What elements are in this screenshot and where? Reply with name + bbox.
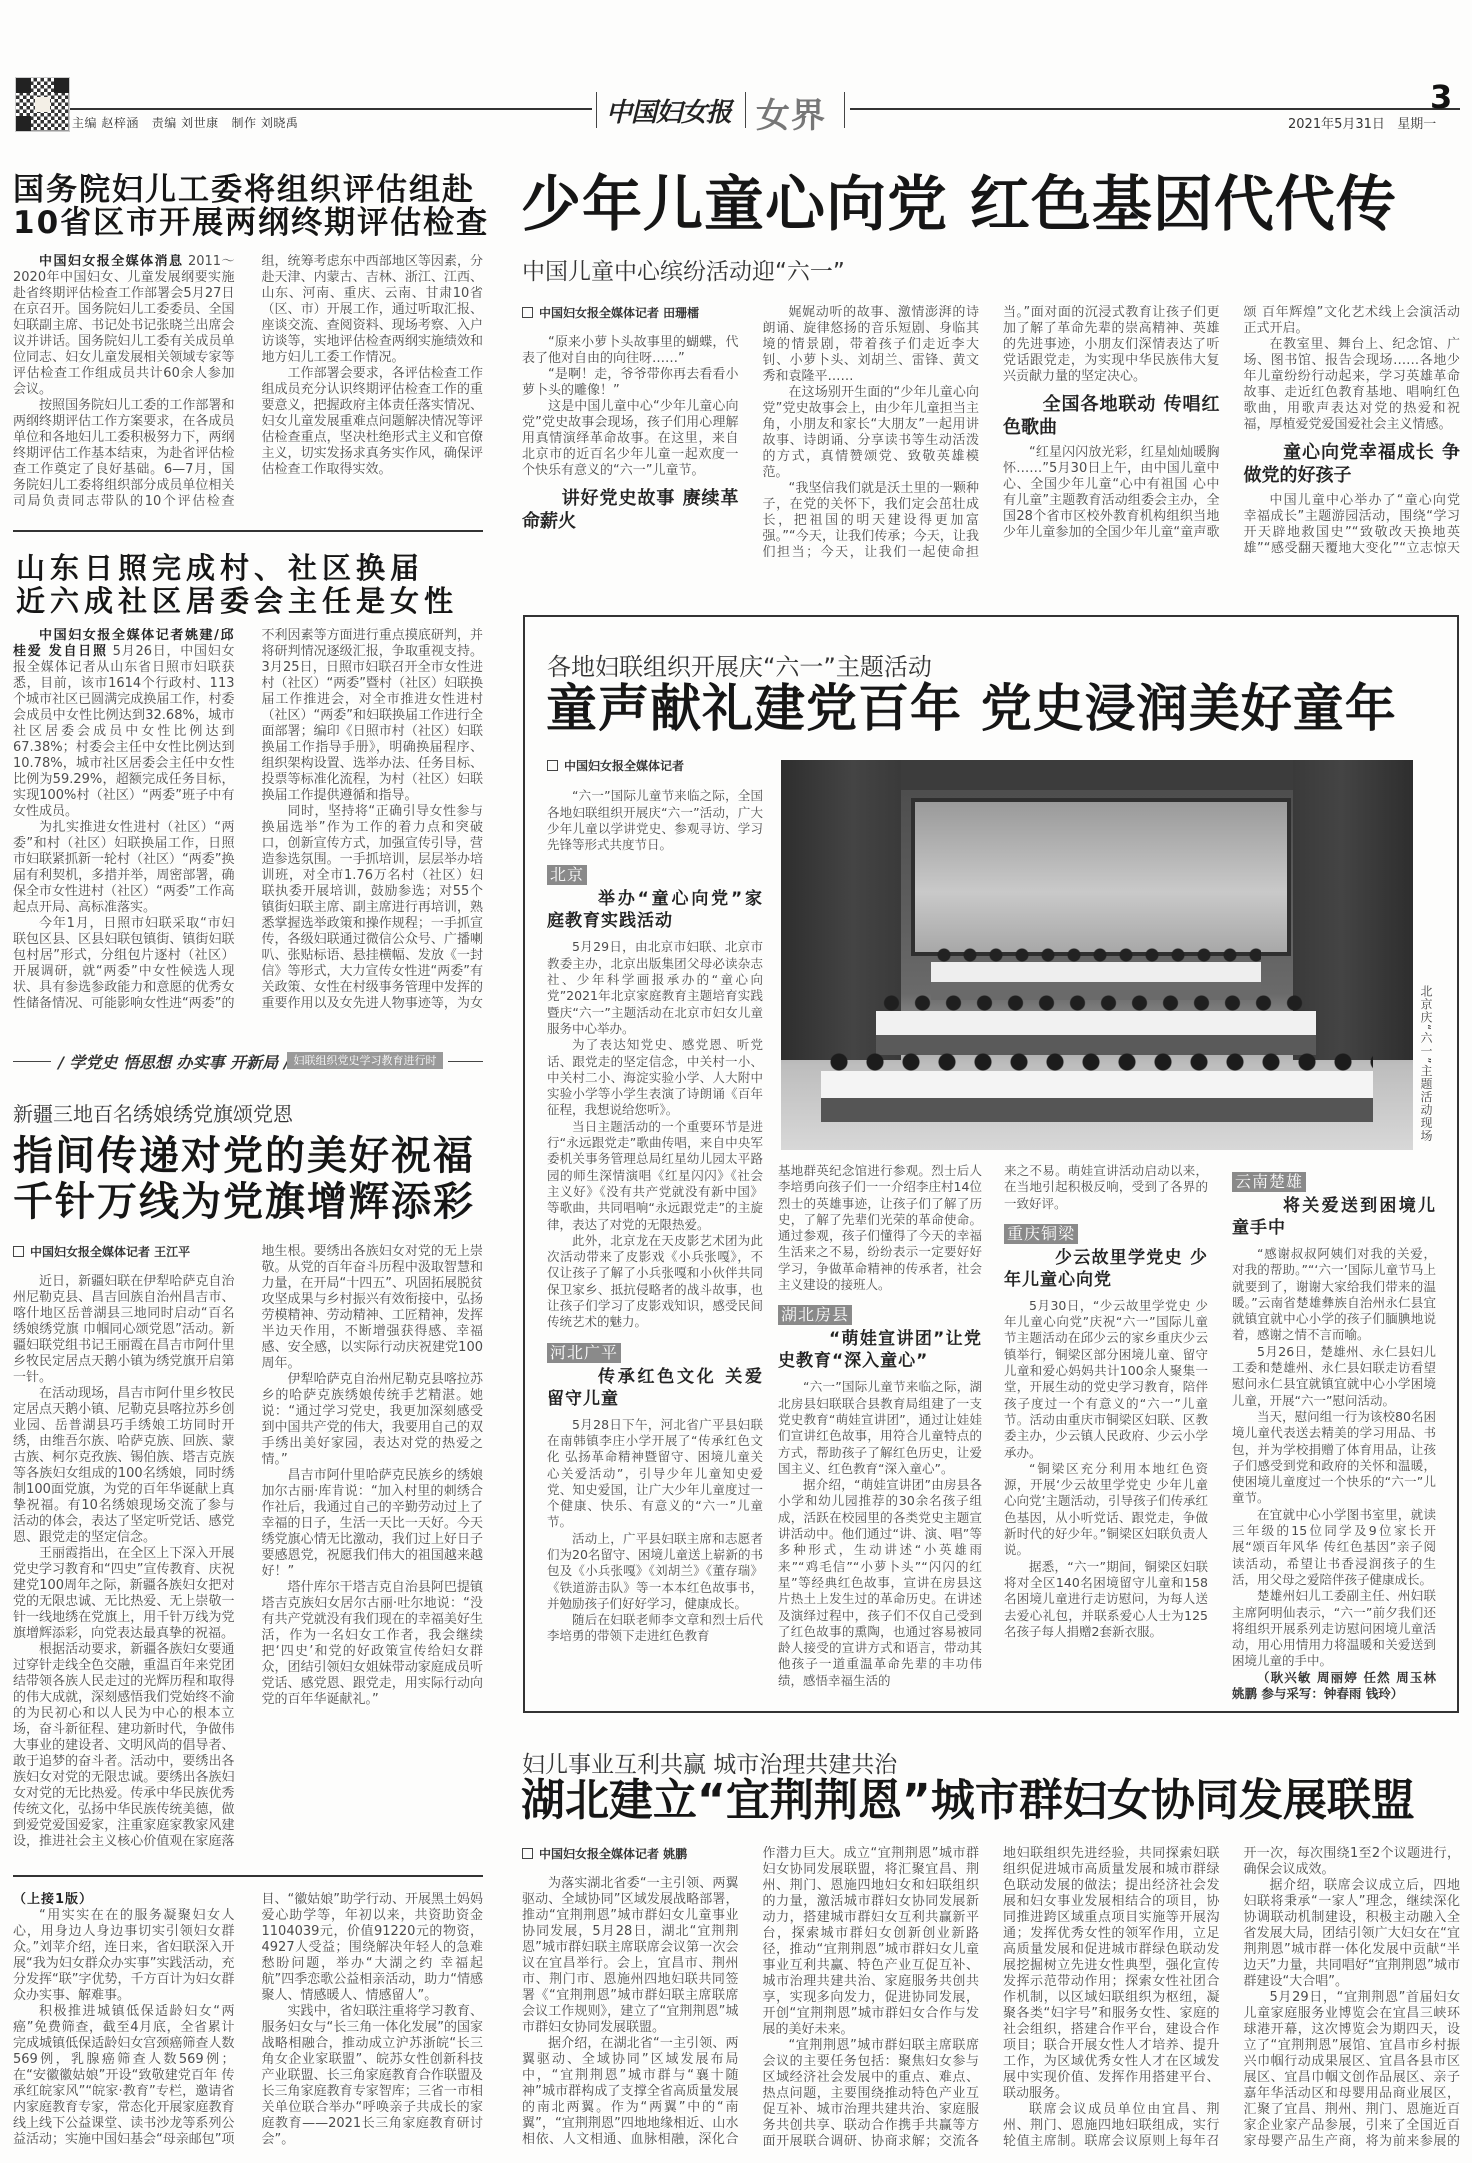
- reporter-credits: （耿兴敏 周丽婷 任然 周玉林 姚鹏 参与采写：钟春雨 钱玲）: [1232, 1670, 1436, 1703]
- paragraph: 为扎实推进女性进村（社区）“两委”和村（社区）妇联换届工作，日照市妇联紧抓新一轮…: [13, 820, 235, 916]
- paragraph-continuation: 来之不易。萌娃宣讲活动启动以来，在当地引起积极反响，受到了各界的一致好评。: [1004, 1163, 1208, 1212]
- paragraph: 在活动现场，昌吉市阿什里乡牧民定居点天鹅小镇、尼勒克县喀拉苏乡创业园、岳普湖县巧…: [13, 1386, 235, 1546]
- section-title: 少云故里学党史 少年儿童心向党: [1004, 1247, 1208, 1291]
- paragraph: “用实实在在的服务凝聚妇女人心，用身边人身边事切实引领妇女群众。”刘苹介绍，连日…: [13, 1908, 235, 2004]
- paragraph: 在宜就中心小学图书室里，就读三年级的15位同学及9位家长开展“颂百年风华 传红色…: [1232, 1507, 1436, 1588]
- subheading: 讲好党史故事 赓续革命薪火: [522, 487, 739, 533]
- continued-label: （上接1版）: [13, 1892, 235, 1908]
- banner-rule-right: [448, 1061, 483, 1062]
- byline: 中国妇女报全媒体记者 王江平: [13, 1244, 235, 1260]
- banner-rule-left: [13, 1061, 51, 1062]
- paragraph: 为了表达知党史、感党恩、听党话、跟党走的坚定信念，中关村一小、中关村二小、海淀实…: [547, 1037, 763, 1118]
- section-name: 女界: [756, 88, 826, 137]
- hubei-article-body: 中国妇女报全媒体记者 姚鹏 为落实湖北省委“一主引领、两翼驱动、全域协同”区域发…: [522, 1846, 1460, 2158]
- masthead-rule-left: [70, 108, 592, 110]
- paragraph: 工作部署会要求，各评估检查工作组成员充分认识终期评估检查工作的重要意义，把握政府…: [262, 366, 484, 478]
- headline-line: 国务院妇儿工委将组织评估组赴: [13, 174, 489, 207]
- paragraph: 中国妇女报全媒体记者姚建/邱桂爱 发自日照 5月26日，中国妇女报全媒体记者从山…: [13, 628, 235, 820]
- byline-text: 中国妇女报全媒体记者: [564, 759, 684, 773]
- photo-beijing-children-event: [781, 760, 1413, 1150]
- feature-headline: 童声献礼建党百年 党史浸润美好童年: [546, 680, 1397, 740]
- section-divider: [13, 1875, 483, 1877]
- column-tag: 妇联组织党史学习教育进行时: [287, 1052, 443, 1069]
- paragraph: 在教室里、舞台上、纪念馆、广场、图书馆、报告会现场……各地少年儿童纷纷行动起来，…: [1244, 337, 1461, 433]
- section-divider: [13, 530, 483, 532]
- paragraph: 伊犁哈萨克自治州尼勒克县喀拉苏乡的哈萨克族绣娘传统手艺精湛。她说：“通过学习党史…: [262, 1372, 484, 1468]
- paragraph: 中国妇女报全媒体消息 2011～2020年中国妇女、儿童发展纲要实施赴省终期评估…: [13, 254, 235, 398]
- square-bullet-icon: [522, 1848, 533, 1859]
- region-label-yunnan-chuxiong: 云南楚雄: [1232, 1172, 1306, 1192]
- paragraph: 5月26日，楚雄州、永仁县妇儿工委和楚雄州、永仁县妇联走访看望慰问永仁县宜就镇宜…: [1232, 1344, 1436, 1409]
- paragraph: 据介绍，“萌娃宣讲团”由房县各小学和幼儿园推荐的30余名孩子组成，活跃在校园里的…: [778, 1477, 982, 1689]
- article-evaluation-headline: 国务院妇儿工委将组织评估组赴 10省区市开展两纲终期评估检查: [13, 174, 489, 240]
- region-label-chongqing-tongliang: 重庆铜梁: [1004, 1224, 1078, 1244]
- paragraph: 近日，新疆妇联在伊犁哈萨克自治州尼勒克县、昌吉回族自治州昌吉市、喀什地区岳普湖县…: [13, 1274, 235, 1386]
- paragraph: 楚雄州妇儿工委副主任、州妇联主席阿明仙表示，“六一”前夕我们还将组织开展系列走访…: [1232, 1588, 1436, 1669]
- headline-line: 10省区市开展两纲终期评估检查: [13, 207, 489, 240]
- article-continued-body: （上接1版） “用实实在在的服务凝聚妇女人心，用身边人身边事切实引领妇女群众。”…: [13, 1892, 483, 2160]
- byline-text: 中国妇女报全媒体记者 田珊檑: [539, 306, 699, 320]
- paragraph: 据介绍，联席会议成立后，四地妇联将秉承“一家人”理念，继续深化协调联动机制建设，…: [1244, 1878, 1461, 1990]
- paragraph: 活动上，广平县妇联主席和志愿者们为20名留守、困境儿童送上崭新的书包及《小兵张嘎…: [547, 1531, 763, 1612]
- paragraph: 5月29日，由北京市妇联、北京市教委主办，北京出版集团父母必读杂志社、少年科学画…: [547, 939, 763, 1037]
- byline-text: 中国妇女报全媒体记者 王江平: [30, 1245, 190, 1259]
- headline-line: 指间传递对党的美好祝福: [13, 1133, 475, 1179]
- paragraph: 娓娓动听的故事、激情澎湃的诗朗诵、旋律悠扬的音乐短剧、身临其境的情景剧，带着孩子…: [763, 305, 980, 385]
- paragraph: “铜梁区充分利用本地红色资源，开展‘少云故里学党史 少年儿童心向党’主题活动，引…: [1004, 1461, 1208, 1559]
- paragraph-text: 2011～2020年中国妇女、儿童发展纲要实施赴省终期评估检查工作部署会5月27…: [13, 254, 235, 397]
- photo-children-front-row: [821, 1050, 1373, 1122]
- lead-article-subtitle: 中国儿童中心缤纷活动迎“六一”: [522, 253, 845, 286]
- article-rizhao-headline: 山东日照完成村、社区换届 近六成社区居委会主任是女性: [16, 552, 458, 618]
- masthead-divider: [844, 92, 845, 128]
- paragraph: 塔什库尔干塔吉克自治县阿巴提镇塔吉克族妇女居尔古丽·吐尔地说：“没有共产党就没有…: [262, 1580, 484, 1708]
- paragraph-continuation: 基地群英纪念馆进行参观。烈士后人李培勇向孩子们一一介绍李庄村14位烈士的英雄事迹…: [778, 1163, 982, 1293]
- column-slogan: / 学党史 悟思想 办实事 开新局 /: [58, 1050, 290, 1073]
- paragraph: 5月28日下午，河北省广平县妇联在南韩镇李庄小学开展了“传承红色文化 弘扬革命精…: [547, 1417, 763, 1531]
- paragraph: 5月30日，“少云故里学党史 少年儿童心向党”庆祝“六一”国际儿童节主题活动在邱…: [1004, 1298, 1208, 1461]
- headline-line: 千针万线为党旗增辉添彩: [13, 1179, 475, 1225]
- byline: 中国妇女报全媒体记者 姚鹏: [522, 1846, 739, 1862]
- paper-logo: 中国妇女报: [606, 92, 731, 129]
- region-label-hubei-fangxian: 湖北房县: [778, 1305, 852, 1325]
- paragraph: 为落实湖北省委“一主引领、两翼驱动、全域协同”区域发展战略部署，推动“宜荆荆恩”…: [522, 1876, 739, 2036]
- masthead-divider: [596, 92, 597, 128]
- article-evaluation-body: 中国妇女报全媒体消息 2011～2020年中国妇女、儿童发展纲要实施赴省终期评估…: [13, 254, 483, 516]
- feature-kicker: 各地妇联组织开展庆“六一”主题活动: [547, 647, 932, 682]
- page-number: 3: [1430, 78, 1452, 116]
- headline-line: 山东日照完成村、社区换届: [16, 552, 458, 585]
- paragraph: “六一”国际儿童节来临之际，湖北房县妇联联合县教育局组建了一支党史教育“萌娃宣讲…: [778, 1379, 982, 1477]
- paragraph: “原来小萝卜头故事里的蝴蝶，代表了他对自由的向往呀……”: [522, 335, 739, 367]
- paragraph: “感谢叔叔阿姨们对我的关爱，对我的帮助。”“‘六一’国际儿童节马上就要到了，谢谢…: [1232, 1246, 1436, 1344]
- dateline: 中国妇女报全媒体消息: [39, 254, 183, 269]
- headline-line: 近六成社区居委会主任是女性: [16, 585, 458, 618]
- article-xinjiang-body: 中国妇女报全媒体记者 王江平 近日，新疆妇联在伊犁哈萨克自治州尼勒克县、昌吉回族…: [13, 1244, 483, 1854]
- masthead-rule-right: [850, 108, 1460, 110]
- byline: 中国妇女报全媒体记者: [547, 758, 763, 774]
- byline-text: 中国妇女报全媒体记者 姚鹏: [539, 1847, 687, 1861]
- qr-logo-icon: [35, 97, 50, 112]
- section-title: 举办“童心向党”家庭教育实践活动: [547, 888, 763, 932]
- paragraph: 当日主题活动的一个重要环节是进行“永远跟党走”歌曲传唱，来自中央军委机关事务管理…: [547, 1119, 763, 1233]
- paragraph: 当天，慰问组一行为该校80名困境儿童代表送去精美的学习用品、书包，并为学校捐赠了…: [1232, 1409, 1436, 1507]
- photo-stage-screen: [911, 798, 1291, 956]
- paragraph-text: 5月26日，中国妇女报全媒体记者从山东省日照市妇联获悉，目前，该市1614个行政…: [13, 644, 235, 819]
- byline: 中国妇女报全媒体记者 田珊檑: [522, 305, 739, 321]
- region-label-beijing: 北京: [547, 865, 587, 885]
- section-title: “萌娃宣讲团”让党史教育“深入童心”: [778, 1328, 982, 1372]
- paragraph: 这是中国儿童中心“少年儿童心向党”党史故事会现场，孩子们用心理解用真情演绎革命故…: [522, 399, 739, 479]
- paragraph: 在这场别开生面的“少年儿童心向党”党史故事会上，由少年儿童担当主角，小朋友和家长…: [763, 385, 980, 481]
- subheading: 童心向党幸福成长 争做党的好孩子: [1244, 441, 1461, 487]
- issue-date: 2021年5月31日 星期一: [1288, 113, 1436, 132]
- paragraph: 王丽霞指出，在全区上下深入开展党史学习教育和“四史”宣传教育、庆祝建党100周年…: [13, 1546, 235, 1642]
- square-bullet-icon: [13, 1246, 24, 1257]
- paragraph: 实践中，省妇联注重将学习教育、服务妇女与“长三角一体化发展”的国家战略相融合，推…: [262, 2004, 484, 2148]
- feature-column-2: 基地群英纪念馆进行参观。烈士后人李培勇向孩子们一一介绍李庄村14位烈士的英雄事迹…: [778, 1163, 982, 1708]
- subheading: 全国各地联动 传唱红色歌曲: [1003, 393, 1220, 439]
- paragraph: 此外，北京龙在天皮影艺术团为此次活动带来了皮影戏《小兵张嘎》，不仅让孩子了解了小…: [547, 1233, 763, 1331]
- square-bullet-icon: [547, 760, 558, 771]
- paragraph: “是啊！走，爷爷带你再去看看小萝卜头的雕像！”: [522, 367, 739, 399]
- section-title: 将关爱送到困境儿童手中: [1232, 1195, 1436, 1239]
- paragraph: 据悉，“六一”期间，铜梁区妇联将对全区140名困境留守儿童和158名困境儿童进行…: [1004, 1559, 1208, 1640]
- section-title: 传承红色文化 关爱留守儿童: [547, 1366, 763, 1410]
- qr-code-icon[interactable]: [15, 77, 70, 132]
- feature-column-4: 云南楚雄 将关爱送到困境儿童手中 “感谢叔叔阿姨们对我的关爱，对我的帮助。”“‘…: [1232, 1160, 1436, 1708]
- editor-credits: 主编 赵梓涵 责编 刘世康 制作 刘晓禹: [72, 114, 298, 131]
- feature-column-3: 来之不易。萌娃宣讲活动启动以来，在当地引起积极反响，受到了各界的一致好评。 重庆…: [1004, 1163, 1208, 1708]
- photo-caption: 北京庆“六一”主题活动现场: [1418, 985, 1435, 1142]
- article-rizhao-body: 中国妇女报全媒体记者姚建/邱桂爱 发自日照 5月26日，中国妇女报全媒体记者从山…: [13, 628, 483, 1026]
- article-xinjiang-kicker: 新疆三地百名绣娘绣党旗颂党恩: [13, 1098, 293, 1127]
- masthead-divider: [745, 92, 746, 128]
- intro-paragraph: “六一”国际儿童节来临之际，全国各地妇联组织开展庆“六一”活动，广大少年儿童以学…: [547, 788, 763, 853]
- lead-article-headline: 少年儿童心向党 红色基因代代传: [521, 170, 1397, 240]
- lead-article-body: 中国妇女报全媒体记者 田珊檑 “原来小萝卜头故事里的蝴蝶，代表了他对自由的向往呀…: [522, 305, 1460, 569]
- hubei-headline: 湖北建立“宜荆荆恩”城市群妇女协同发展联盟: [521, 1774, 1415, 1828]
- article-xinjiang-headline: 指间传递对党的美好祝福 千针万线为党旗增辉添彩: [13, 1133, 475, 1225]
- photo-children-back-row: [931, 946, 1261, 1000]
- region-label-hebei-guangping: 河北广平: [547, 1343, 621, 1363]
- photo-children-middle-row: [876, 993, 1316, 1055]
- square-bullet-icon: [522, 307, 533, 318]
- paragraph: 昌吉市阿什里哈萨克民族乡的绣娘加尔古丽·库肯说：“加入村里的刺绣合作社后，我通过…: [262, 1468, 484, 1580]
- feature-left-column: 中国妇女报全媒体记者 “六一”国际儿童节来临之际，全国各地妇联组织开展庆“六一”…: [547, 758, 763, 1706]
- paragraph: 随后在妇联老师李文章和烈士后代李培勇的带领下走进红色教育: [547, 1612, 763, 1645]
